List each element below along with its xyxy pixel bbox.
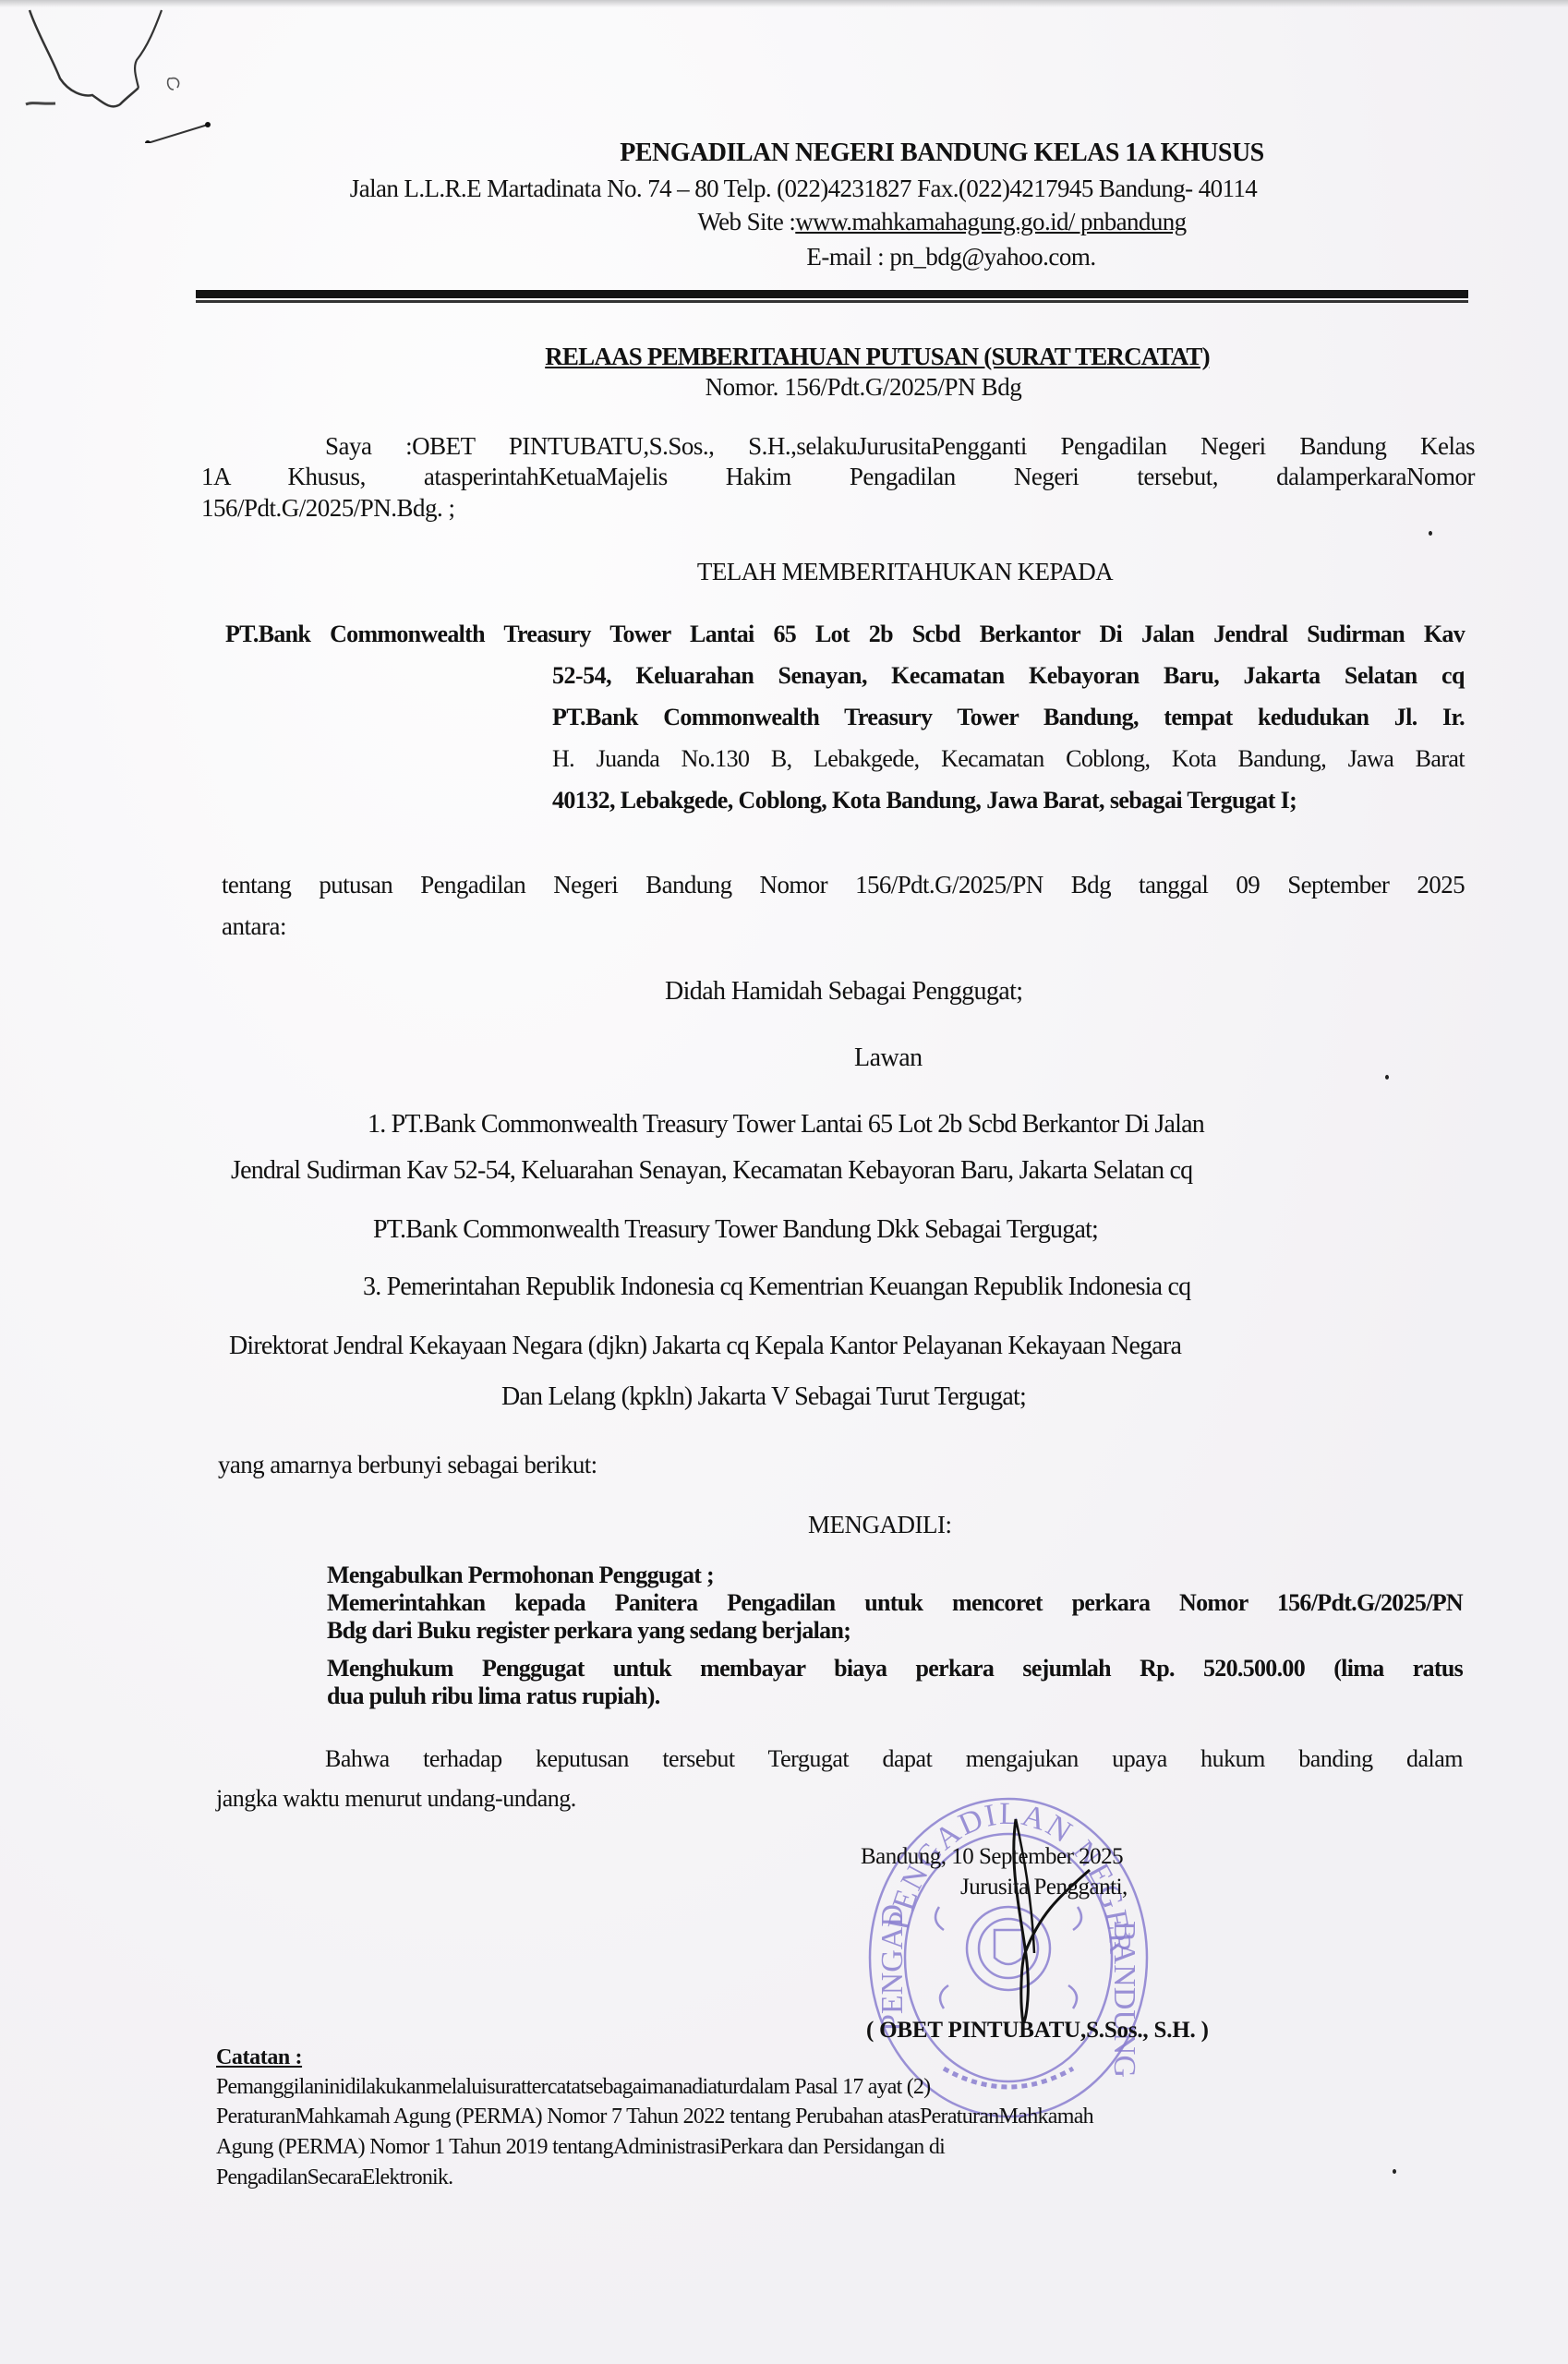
notified-line-1: PT.Bank Commonwealth Treasury Tower Lant… [225,620,1465,649]
court-website: Web Site :www.mahkamahagung.go.id/ pnban… [609,207,1274,236]
intro-line-1: Saya :OBET PINTUBATU,S.Sos., S.H.,selaku… [325,431,1475,461]
document-number: Nomor. 156/Pdt.G/2025/PN Bdg [651,372,1076,402]
defendant-1-line-2: Jendral Sudirman Kav 52-54, Keluarahan S… [231,1156,1192,1186]
scan-edge [0,0,1568,7]
court-name: PENGADILAN NEGERI BANDUNG KELAS 1A KHUSU… [559,139,1325,168]
signatory-name: ( OBET PINTUBATU,S.Sos., S.H. ) [866,2016,1209,2045]
header-rule-thin [196,300,1468,303]
appeal-note-line-2: jangka waktu menurut undang-undang. [216,1784,576,1814]
verdict-line-5: dua puluh ribu lima ratus rupiah). [327,1682,660,1711]
scan-speck [1385,1075,1389,1079]
intro-line-2: 1A Khusus, atasperintahKetuaMajelis Haki… [201,462,1475,491]
document-title: RELAAS PEMBERITAHUAN PUTUSAN (SURAT TERC… [471,342,1284,371]
verdict-line-1: Mengabulkan Permohonan Penggugat ; [327,1561,714,1590]
appeal-note-line-1: Bahwa terhadap keputusan tersebut Tergug… [325,1744,1463,1774]
defendant-3-line-3: Dan Lelang (kpkln) Jakarta V Sebagai Tur… [501,1382,1026,1412]
notes-line-2: PeraturanMahkamah Agung (PERMA) Nomor 7 … [216,2102,1093,2131]
website-label: Web Site : [697,208,795,235]
decision-reference: tentang putusan Pengadilan Negeri Bandun… [222,870,1465,899]
verdict-line-4: Menghukum Penggugat untuk membayar biaya… [327,1654,1463,1683]
defendant-3-line-1: 3. Pemerintahan Republik Indonesia cq Ke… [363,1272,1190,1302]
signature-role: Jurusita Pengganti, [960,1873,1128,1902]
notified-line-2: 52-54, Keluarahan Senayan, Kecamatan Keb… [552,661,1465,691]
notes-line-3: Agung (PERMA) Nomor 1 Tahun 2019 tentang… [216,2132,945,2162]
defendant-1-line-1: 1. PT.Bank Commonwealth Treasury Tower L… [368,1110,1204,1140]
versus-label: Lawan [854,1043,923,1073]
header-rule-thick [196,290,1468,298]
scan-speck [1393,2169,1396,2174]
notes-line-4: PengadilanSecaraElektronik. [216,2163,452,2192]
verdict-heading: MENGADILI: [808,1510,951,1539]
notified-line-4: H. Juanda No.130 B, Lebakgede, Kecamatan… [552,744,1465,774]
signature-place-date: Bandung, 10 September 2025 [861,1842,1123,1872]
verdict-intro: yang amarnya berbunyi sebagai berikut: [218,1450,597,1479]
defendant-1-line-3: PT.Bank Commonwealth Treasury Tower Band… [373,1215,1098,1245]
website-link[interactable]: www.mahkamahagung.go.id/ pnbandung [795,208,1186,235]
notified-line-5: 40132, Lebakgede, Coblong, Kota Bandung,… [552,786,1297,815]
court-email: E-mail : pn_bdg@yahoo.com. [757,242,1145,271]
notes-line-1: Pemanggilaninidilakukanmelaluisuratterca… [216,2072,930,2102]
verdict-line-3: Bdg dari Buku register perkara yang seda… [327,1616,850,1646]
notes-label: Catatan : [216,2043,302,2072]
scan-speck [1429,531,1432,536]
defendant-3-line-2: Direktorat Jendral Kekayaan Negara (djkn… [229,1332,1181,1361]
plaintiff: Didah Hamidah Sebagai Penggugat; [665,977,1022,1007]
between-label: antara: [222,911,286,941]
court-address: Jalan L.L.R.E Martadinata No. 74 – 80 Te… [235,174,1371,203]
notified-line-3: PT.Bank Commonwealth Treasury Tower Band… [552,703,1465,732]
notified-heading: TELAH MEMBERITAHUKAN KEPADA [646,557,1164,586]
intro-line-3: 156/Pdt.G/2025/PN.Bdg. ; [201,493,455,523]
verdict-line-2: Memerintahkan kepada Panitera Pengadilan… [327,1588,1463,1618]
